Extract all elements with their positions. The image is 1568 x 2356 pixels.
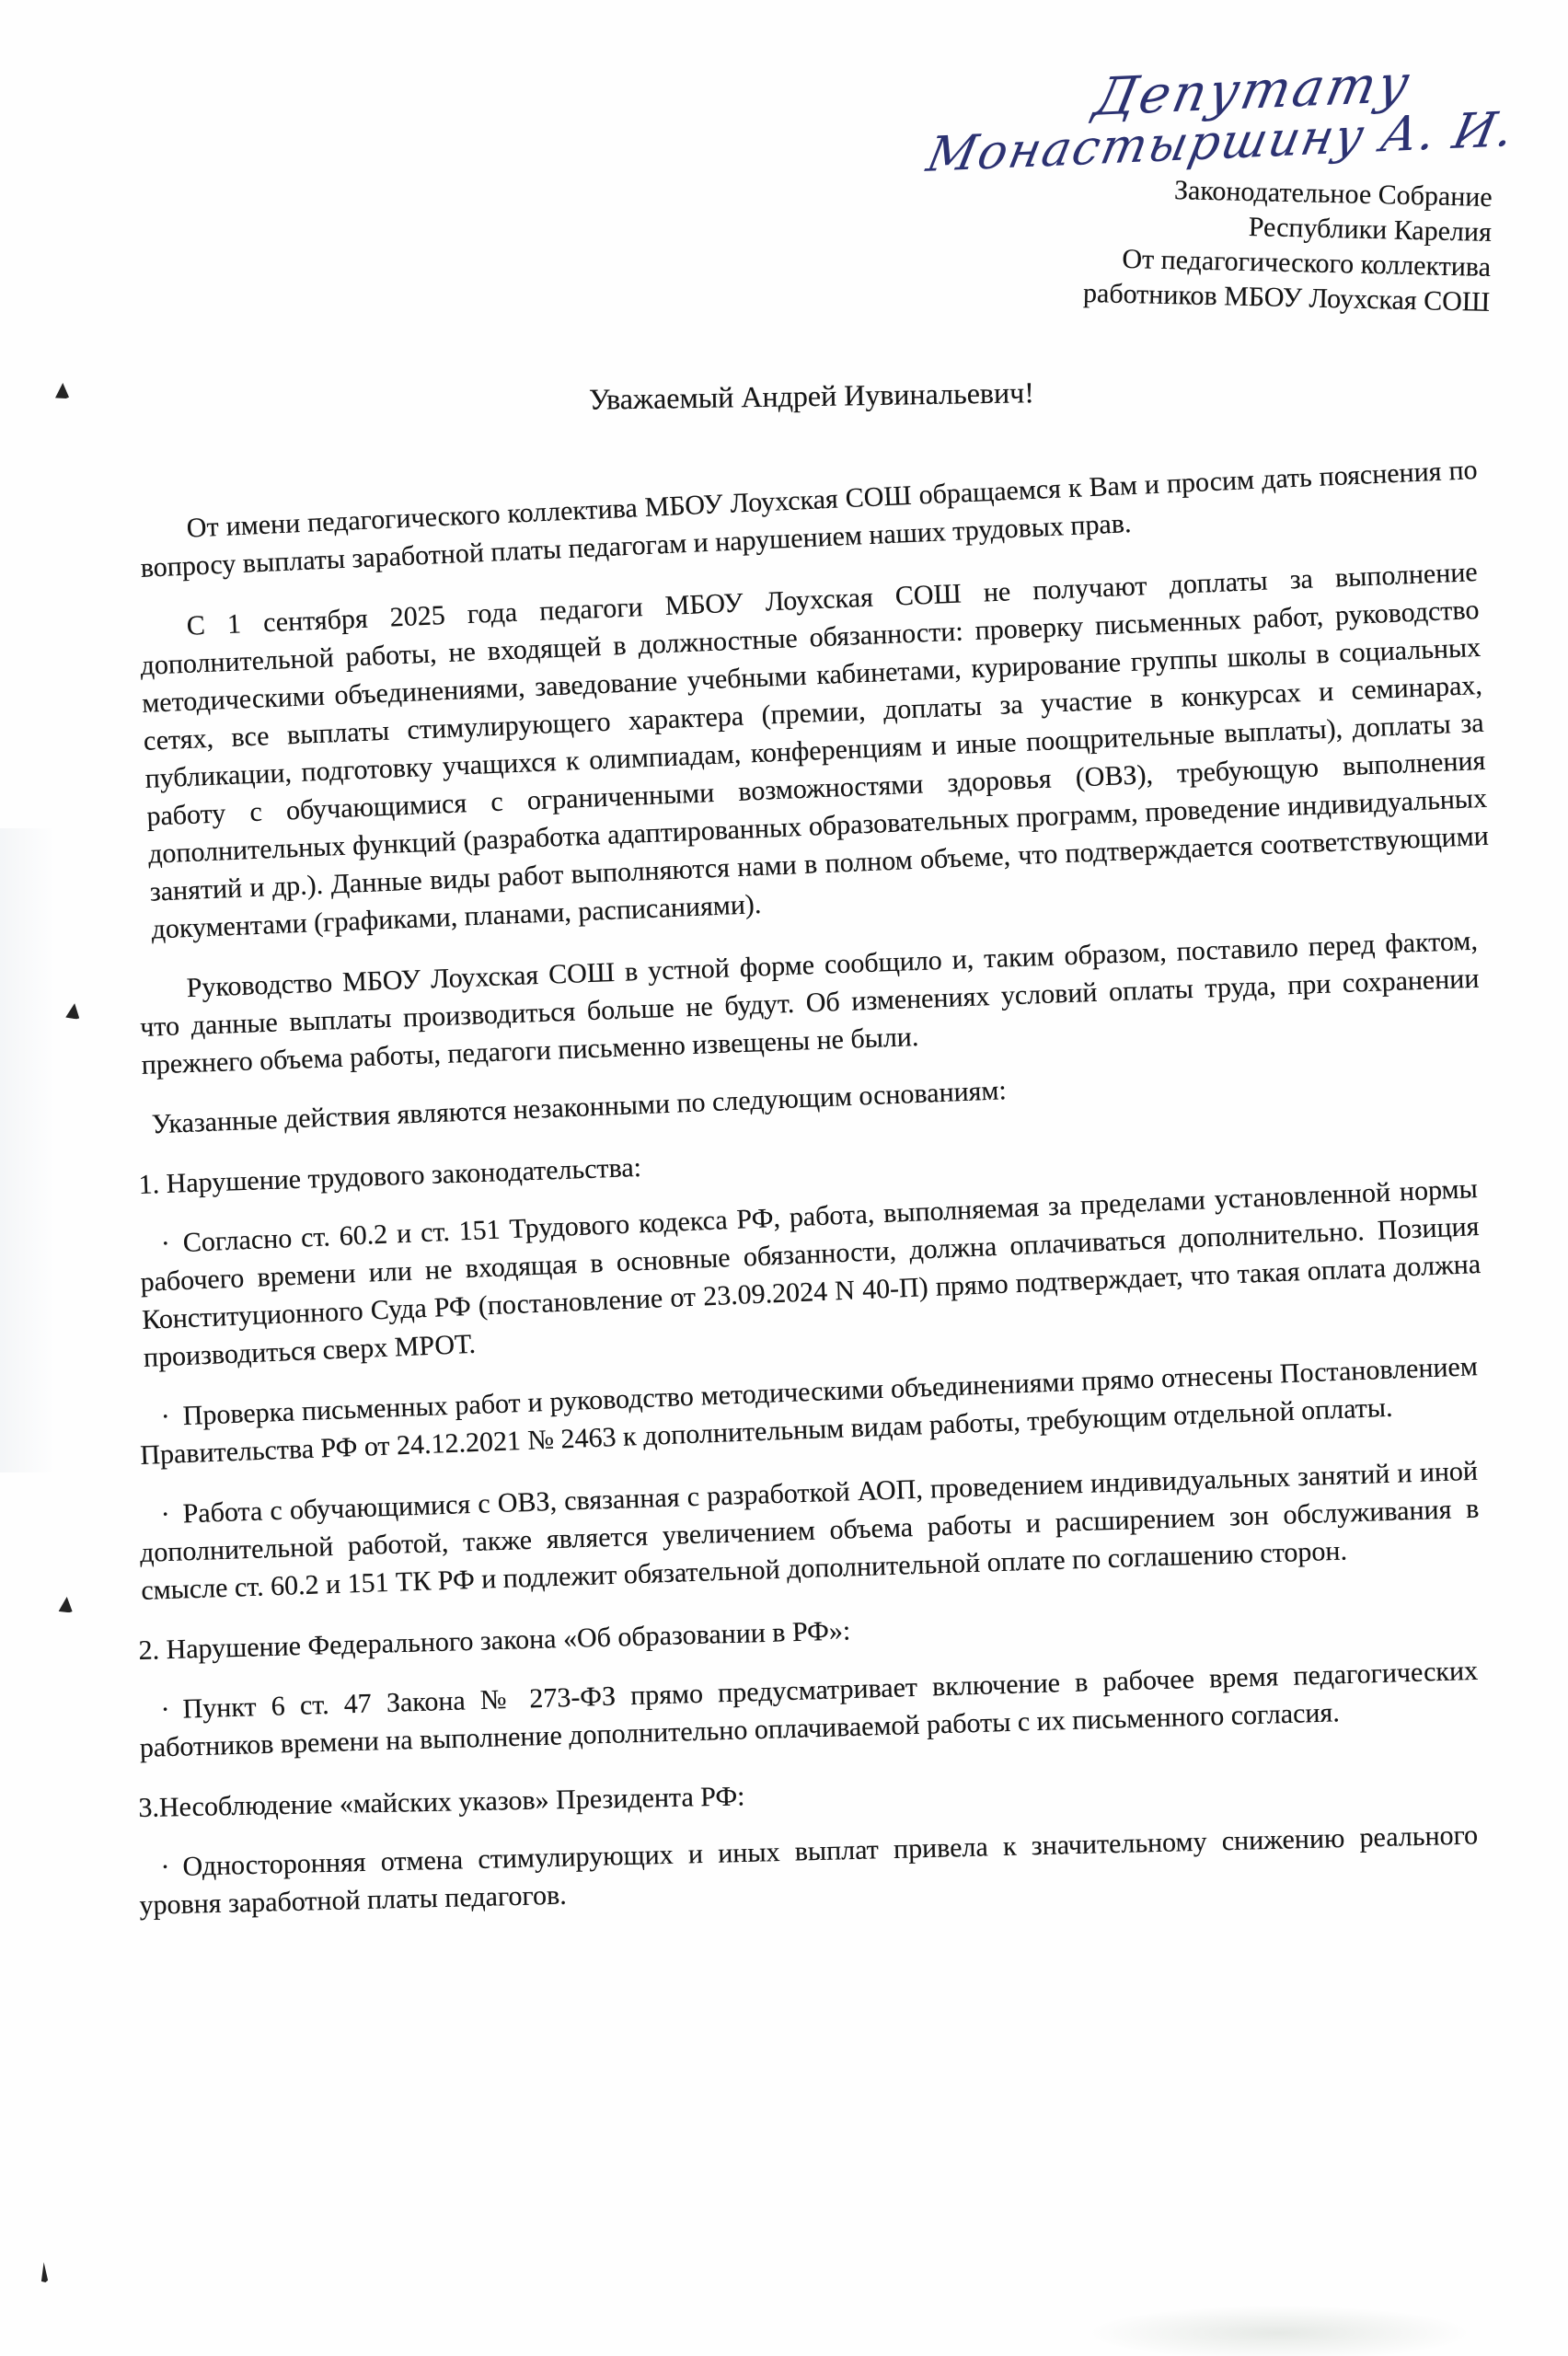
- bullet-marker: ·: [160, 1402, 170, 1432]
- paragraph-text: Односторонняя отмена стимулирующих и ины…: [139, 1819, 1478, 1921]
- paragraph-text: Руководство МБОУ Лоухская СОШ в устной ф…: [140, 926, 1480, 1080]
- scan-artifact-mark: [40, 2262, 49, 2282]
- bullet-marker: ·: [160, 1499, 170, 1530]
- heading-text: 2. Нарушение Федерального закона «Об обр…: [138, 1615, 850, 1666]
- paragraph-text: Работа с обучающимися с ОВЗ, связанная с…: [139, 1456, 1479, 1606]
- section-heading: 3.Несоблюдение «майских указов» Президен…: [138, 1763, 1479, 1827]
- bullet-marker: ·: [160, 1852, 170, 1882]
- bullet-marker: ·: [160, 1229, 170, 1259]
- bullet-paragraph: ·Работа с обучающимися с ОВЗ, связанная …: [138, 1452, 1481, 1610]
- bullet-marker: ·: [160, 1694, 170, 1725]
- paragraph-text: Пункт 6 ст. 47 Закона № 273-ФЗ прямо пре…: [139, 1656, 1478, 1763]
- paragraph-text: С 1 сентября 2025 года педагоги МБОУ Лоу…: [140, 557, 1489, 945]
- handwritten-addressee-note: Депутату Монастыршину А. И.: [925, 53, 1516, 180]
- heading-text: 3.Несоблюдение «майских указов» Президен…: [138, 1781, 745, 1823]
- bullet-paragraph: ·Пункт 6 ст. 47 Закона № 273-ФЗ прямо пр…: [138, 1652, 1480, 1767]
- scan-artifact-mark: [65, 1002, 81, 1019]
- heading-text: 1. Нарушение трудового законодательства:: [138, 1152, 641, 1200]
- scan-smudge-bottom: [1086, 2305, 1472, 2356]
- letter-body: От имени педагогического коллектива МБОУ…: [138, 512, 1478, 1946]
- scan-artifact-mark: [55, 383, 69, 398]
- scanned-letter-page: Депутату Монастыршину А. И. Законодатель…: [0, 0, 1568, 2356]
- paragraph: С 1 сентября 2025 года педагоги МБОУ Лоу…: [138, 553, 1491, 949]
- paragraph-text: Согласно ст. 60.2 и ст. 151 Трудового ко…: [140, 1173, 1482, 1373]
- scan-smudge-left: [0, 828, 55, 1472]
- bullet-paragraph: ·Односторонняя отмена стимулирующих и ин…: [138, 1816, 1480, 1924]
- bullet-paragraph: ·Согласно ст. 60.2 и ст. 151 Трудового к…: [138, 1170, 1483, 1377]
- recipient-address-block: Законодательное Собрание Республики Каре…: [1083, 171, 1493, 320]
- scan-artifact-mark: [59, 1597, 74, 1613]
- paragraph-text: Проверка письменных работ и руководство …: [140, 1351, 1479, 1471]
- paragraph-text: Указанные действия являются незаконными …: [151, 1075, 1007, 1139]
- salutation: Уважаемый Андрей Иувинальевич!: [589, 375, 1034, 417]
